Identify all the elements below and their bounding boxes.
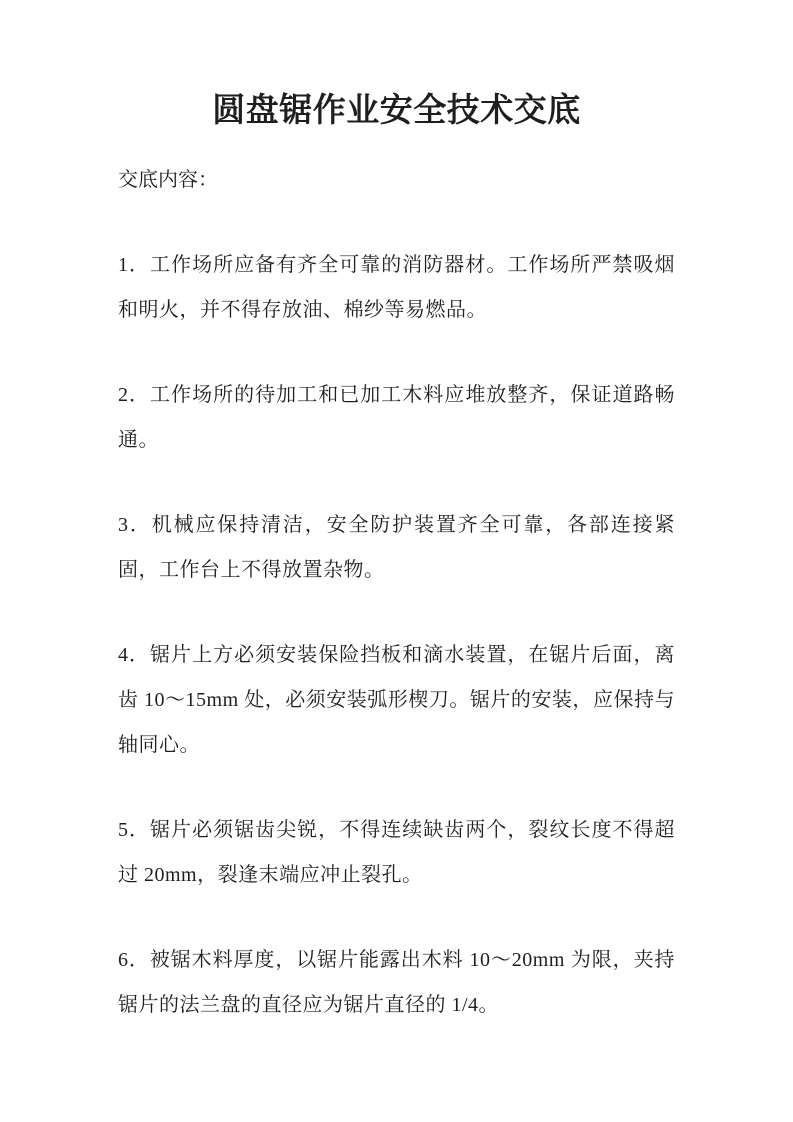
safety-item-4: 4．锯片上方必须安装保险挡板和滴水装置，在锯片后面，离齿 10～15mm 处，必…	[118, 633, 675, 768]
safety-item-6: 6．被锯木料厚度，以锯片能露出木料 10～20mm 为限，夹持锯片的法兰盘的直径…	[118, 938, 675, 1028]
safety-item-3: 3．机械应保持清洁，安全防护装置齐全可靠，各部连接紧固，工作台上不得放置杂物。	[118, 503, 675, 593]
safety-item-5: 5．锯片必须锯齿尖锐，不得连续缺齿两个，裂纹长度不得超过 20mm，裂逢末端应冲…	[118, 808, 675, 898]
safety-item-1: 1．工作场所应备有齐全可靠的消防器材。工作场所严禁吸烟和明火，并不得存放油、棉纱…	[118, 243, 675, 333]
safety-item-2: 2．工作场所的待加工和已加工木料应堆放整齐，保证道路畅通。	[118, 373, 675, 463]
document-page: 圆盘锯作业安全技术交底 交底内容： 1．工作场所应备有齐全可靠的消防器材。工作场…	[0, 0, 793, 1122]
document-title: 圆盘锯作业安全技术交底	[118, 88, 675, 134]
section-label: 交底内容：	[118, 158, 675, 203]
